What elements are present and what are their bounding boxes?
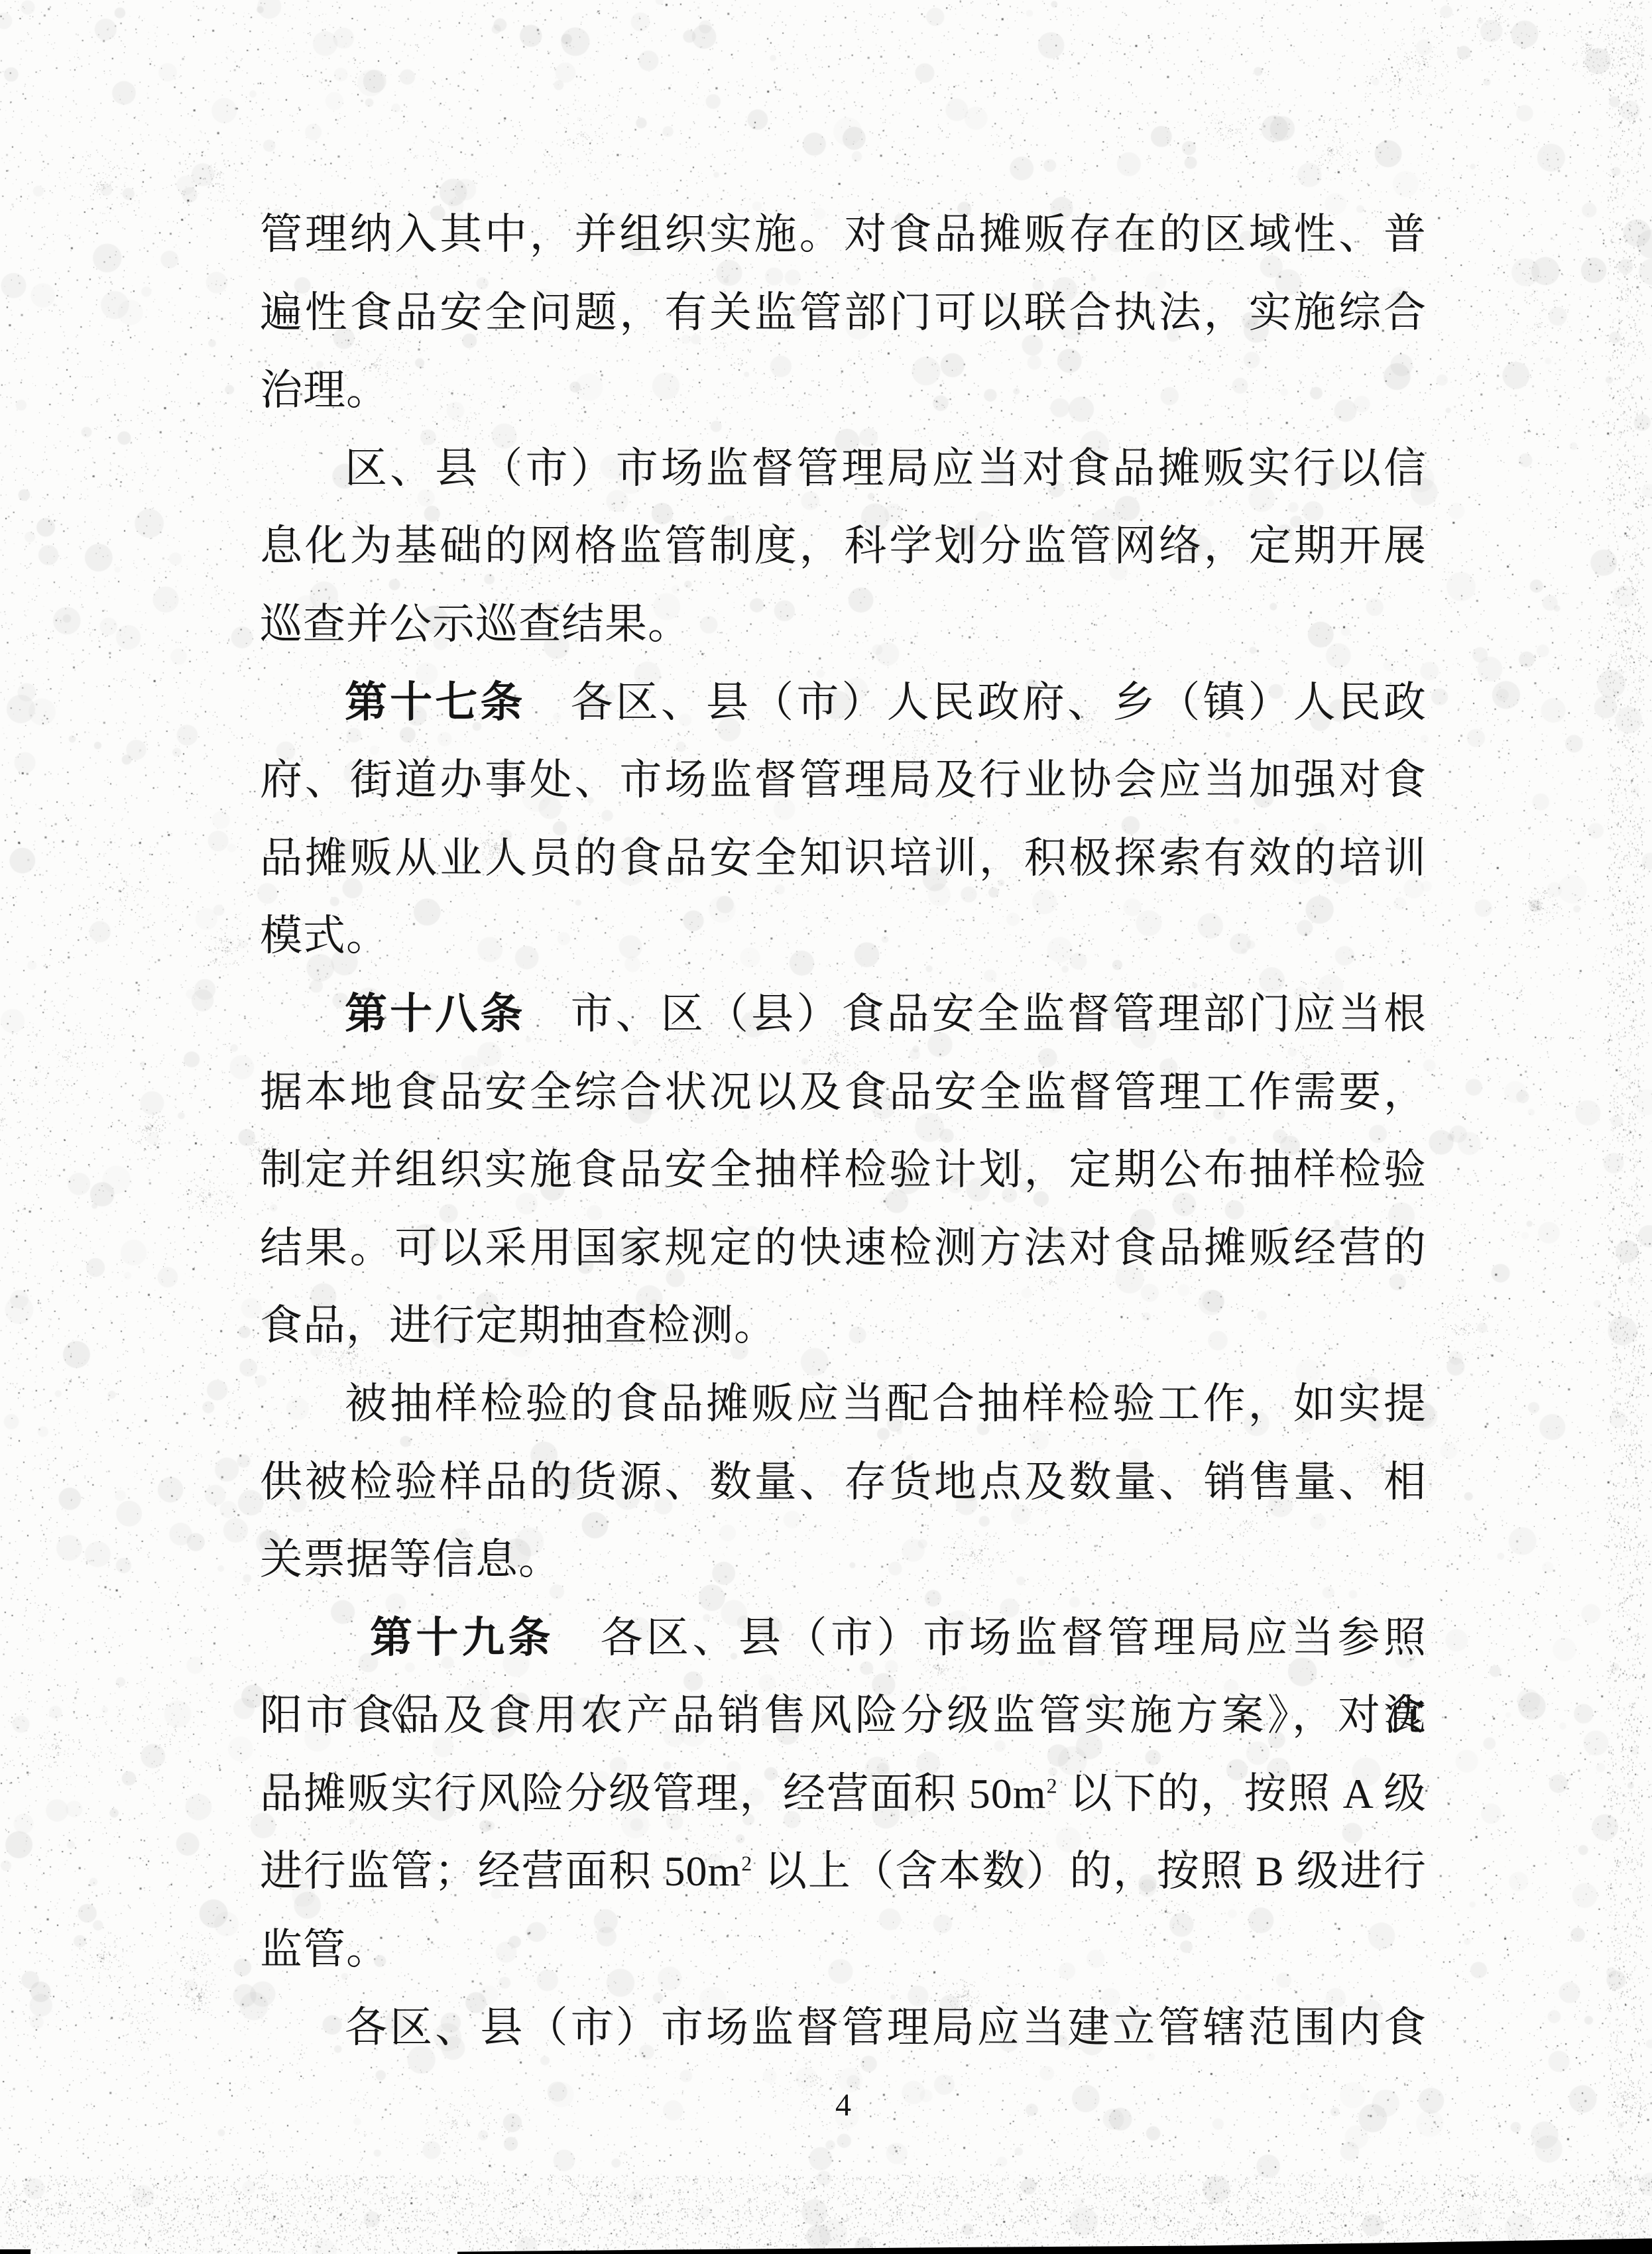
- text-line: 关票据等信息。: [260, 1521, 1427, 1599]
- superscript: 2: [741, 1852, 752, 1875]
- text-line: 模式。: [260, 897, 1427, 975]
- text-line: 品摊贩从业人员的食品安全知识培训，积极探索有效的培训: [260, 819, 1427, 898]
- text-segment: 息化为基础的网格监管制度，科学划分监管网络，定期开展: [260, 522, 1427, 569]
- text-line: 结果。可以采用国家规定的快速检测方法对食品摊贩经营的: [260, 1209, 1427, 1287]
- text-line: 区、县（市）市场监督管理局应当对食品摊贩实行以信: [260, 430, 1427, 508]
- text-segment: 遍性食品安全问题，有关监管部门可以联合执法，实施综合: [260, 289, 1427, 336]
- document-text: 管理纳入其中，并组织实施。对食品摊贩存在的区域性、普遍性食品安全问题，有关监管部…: [260, 196, 1427, 2066]
- text-segment: 50m: [664, 1848, 742, 1895]
- text-segment: 以上（含本数）的，按照 B 级进行: [752, 1848, 1427, 1895]
- text-line: 食品，进行定期抽查检测。: [260, 1287, 1427, 1365]
- text-segment: 市、区（县）食品安全监督管理部门应当根: [526, 990, 1427, 1038]
- text-line: 第十九条 各区、县（市）市场监督管理局应当参照《沈: [260, 1599, 1427, 1677]
- text-line: 据本地食品安全综合状况以及食品安全监督管理工作需要，: [260, 1053, 1427, 1132]
- scan-edge-artifact: [457, 2238, 1652, 2254]
- article-number: 第十九条: [370, 1614, 554, 1661]
- text-line: 第十八条 市、区（县）食品安全监督管理部门应当根: [260, 975, 1427, 1053]
- text-line: 治理。: [260, 351, 1427, 430]
- text-line: 巡查并公示巡查结果。: [260, 585, 1427, 664]
- text-segment: 据本地食品安全综合状况以及食品安全监督管理工作需要，: [260, 1069, 1427, 1116]
- text-segment: 府、街道办事处、市场监督管理局及行业协会应当加强对食: [260, 756, 1427, 803]
- superscript: 2: [1047, 1774, 1058, 1798]
- text-line: 各区、县（市）市场监督管理局应当建立管辖范围内食: [260, 1989, 1427, 2067]
- article-number: 第十八条: [345, 990, 526, 1038]
- text-segment: 监管。: [260, 1926, 389, 1973]
- text-segment: 供被检验样品的货源、数量、存货地点及数量、销售量、相: [260, 1458, 1427, 1506]
- text-segment: 阳市食品及食用农产品销售风险分级监管实施方案》，对食: [260, 1692, 1427, 1739]
- text-segment: 各区、县（市）市场监督管理局应当建立管辖范围内食: [345, 2004, 1427, 2051]
- text-line: 品摊贩实行风险分级管理，经营面积 50m2 以下的，按照 A 级: [260, 1755, 1427, 1833]
- text-segment: 管理纳入其中，并组织实施。对食品摊贩存在的区域性、普: [260, 211, 1427, 258]
- text-line: 府、街道办事处、市场监督管理局及行业协会应当加强对食: [260, 741, 1427, 819]
- text-segment: 模式。: [260, 912, 389, 959]
- text-segment: 区、县（市）市场监督管理局应当对食品摊贩实行以信: [345, 445, 1427, 492]
- text-line: 第十七条 各区、县（市）人民政府、乡（镇）人民政: [260, 664, 1427, 742]
- text-segment: 各区、县（市）人民政府、乡（镇）人民政: [526, 679, 1427, 726]
- text-segment: 品摊贩实行风险分级管理，经营面积: [260, 1770, 969, 1817]
- text-segment: 制定并组织实施食品安全抽样检验计划，定期公布抽样检验: [260, 1146, 1427, 1193]
- text-line: 遍性食品安全问题，有关监管部门可以联合执法，实施综合: [260, 274, 1427, 352]
- text-segment: 被抽样检验的食品摊贩应当配合抽样检验工作，如实提: [345, 1380, 1427, 1427]
- text-segment: 食品，进行定期抽查检测。: [260, 1302, 777, 1349]
- text-segment: 50m: [969, 1770, 1047, 1817]
- text-segment: 以下的，按照 A 级: [1058, 1770, 1427, 1817]
- text-line: 监管。: [260, 1911, 1427, 1989]
- text-segment: 关票据等信息。: [260, 1536, 561, 1583]
- text-line: 息化为基础的网格监管制度，科学划分监管网络，定期开展: [260, 507, 1427, 585]
- text-line: 阳市食品及食用农产品销售风险分级监管实施方案》，对食: [260, 1677, 1427, 1755]
- text-line: 被抽样检验的食品摊贩应当配合抽样检验工作，如实提: [260, 1365, 1427, 1443]
- text-segment: 巡查并公示巡查结果。: [260, 601, 691, 648]
- document-page: 管理纳入其中，并组织实施。对食品摊贩存在的区域性、普遍性食品安全问题，有关监管部…: [0, 0, 1652, 2254]
- text-line: 管理纳入其中，并组织实施。对食品摊贩存在的区域性、普: [260, 196, 1427, 274]
- text-line: 制定并组织实施食品安全抽样检验计划，定期公布抽样检验: [260, 1131, 1427, 1209]
- text-segment: 品摊贩从业人员的食品安全知识培训，积极探索有效的培训: [260, 835, 1427, 882]
- page-number: 4: [260, 2087, 1427, 2123]
- scan-edge-artifact-left: [0, 2249, 30, 2254]
- text-segment: 结果。可以采用国家规定的快速检测方法对食品摊贩经营的: [260, 1224, 1427, 1272]
- text-line: 供被检验样品的货源、数量、存货地点及数量、销售量、相: [260, 1443, 1427, 1521]
- text-line: 进行监管；经营面积 50m2 以上（含本数）的，按照 B 级进行: [260, 1832, 1427, 1911]
- text-segment: 进行监管；经营面积: [260, 1848, 664, 1895]
- text-segment: 治理。: [260, 367, 389, 414]
- article-number: 第十七条: [345, 679, 526, 726]
